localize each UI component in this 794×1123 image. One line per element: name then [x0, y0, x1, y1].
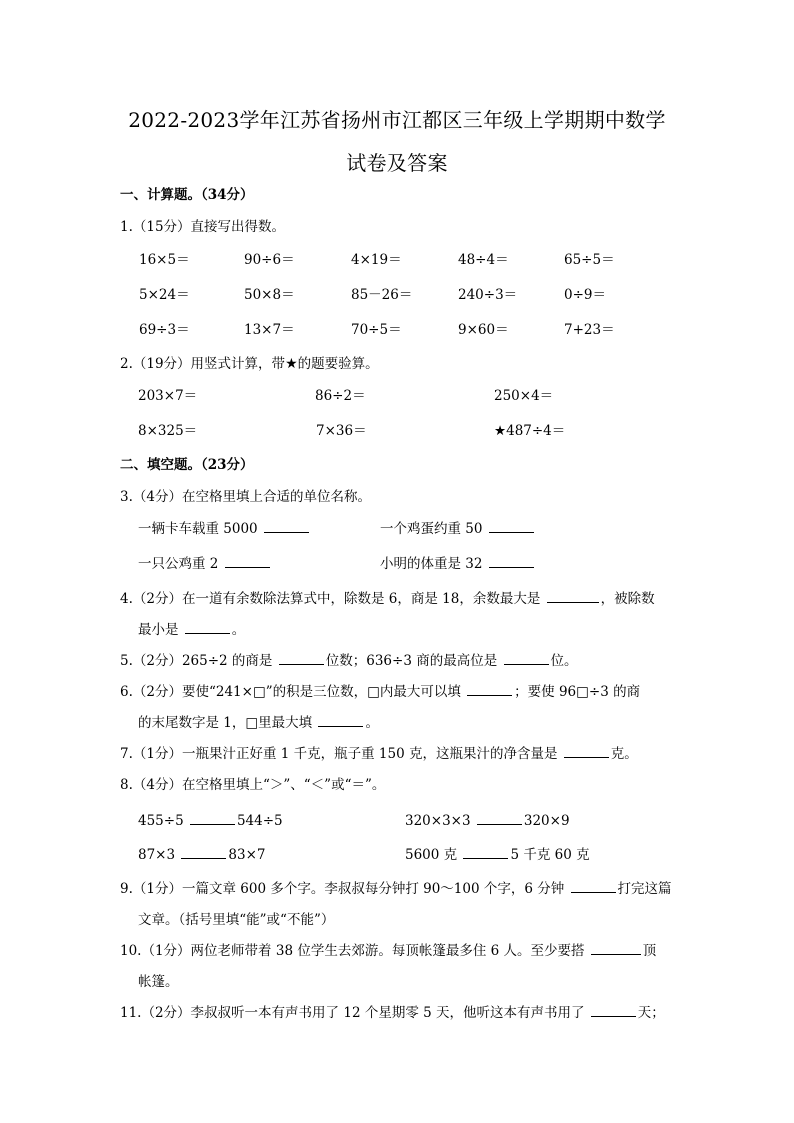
q3-item: 一个鸡蛋约重 50 [380, 519, 536, 539]
q1-item: 69÷3＝ [139, 320, 190, 340]
q2-item: ★487÷4＝ [494, 421, 565, 441]
answer-blank[interactable] [318, 713, 363, 727]
q1-item: 0÷9＝ [564, 285, 606, 305]
answer-blank[interactable] [571, 879, 616, 893]
question-10: 10.（1分）两位老师带着 38 位学生去郊游。每顶帐篷最多住 6 人。至少要搭… [120, 941, 676, 961]
q1-item: 9×60＝ [458, 320, 509, 340]
question-2-label: 2.（19分）用竖式计算，带★的题要验算。 [120, 354, 676, 374]
q1-item: 70÷5＝ [351, 320, 402, 340]
question-4-cont: 最小是 。 [138, 620, 694, 640]
q2-item: 203×7＝ [138, 386, 197, 406]
q2-item: 7×36＝ [316, 421, 367, 441]
answer-blank[interactable] [591, 1003, 636, 1017]
question-7: 7.（1分）一瓶果汁正好重 1 千克，瓶子重 150 克，这瓶果汁的净含量是 克… [120, 744, 676, 764]
question-6: 6.（2分）要使“241×□”的积是三位数，□内最大可以填 ；要使 96□÷3 … [120, 682, 676, 702]
answer-blank[interactable] [279, 651, 324, 665]
answer-blank[interactable] [489, 554, 534, 568]
q1-item: 13×7＝ [244, 320, 295, 340]
page-subtitle: 试卷及答案 [100, 147, 694, 176]
answer-blank[interactable] [467, 682, 512, 696]
q2-item: 8×325＝ [138, 421, 197, 441]
answer-blank[interactable] [225, 554, 270, 568]
q1-item: 240÷3＝ [458, 285, 517, 305]
answer-blank[interactable] [463, 845, 508, 859]
question-1-label: 1.（15分）直接写出得数。 [120, 217, 676, 237]
q2-item: 86÷2＝ [315, 386, 366, 406]
q1-item: 16×5＝ [139, 250, 190, 270]
q1-item: 7+23＝ [564, 320, 615, 340]
question-11: 11.（2分）李叔叔听一本有声书用了 12 个星期零 5 天，他听这本有声书用了… [120, 1003, 676, 1023]
answer-blank[interactable] [185, 620, 230, 634]
q8-item: 455÷5 544÷5 [138, 811, 283, 831]
answer-blank[interactable] [489, 519, 534, 533]
q1-item: 4×19＝ [351, 250, 402, 270]
q2-item: 250×4＝ [494, 386, 553, 406]
answer-blank[interactable] [181, 845, 226, 859]
exam-page: 2022-2023学年江苏省扬州市江都区三年级上学期期中数学 试卷及答案 一、计… [0, 0, 794, 1123]
q1-item: 48÷4＝ [458, 250, 509, 270]
q8-item: 87×3 83×7 [138, 845, 265, 865]
q1-item: 5×24＝ [139, 285, 190, 305]
question-10-cont: 帐篷。 [138, 972, 694, 992]
answer-blank[interactable] [564, 744, 609, 758]
q3-item: 一只公鸡重 2 [138, 554, 272, 574]
section-1-heading: 一、计算题。（34分） [120, 185, 676, 205]
q1-item: 85－26＝ [351, 285, 412, 305]
answer-blank[interactable] [477, 811, 522, 825]
question-5: 5.（2分）265÷2 的商是 位数；636÷3 商的最高位是 位。 [120, 651, 676, 671]
question-8-label: 8.（4分）在空格里填上“＞”、“＜”或“＝”。 [120, 775, 676, 795]
answer-blank[interactable] [190, 811, 235, 825]
question-4: 4.（2分）在一道有余数除法算式中，除数是 6，商是 18，余数最大是 ，被除数 [120, 589, 676, 609]
question-6-cont: 的末尾数字是 1，□里最大填 。 [138, 713, 694, 733]
answer-blank[interactable] [547, 589, 599, 603]
question-3-label: 3.（4分）在空格里填上合适的单位名称。 [120, 487, 676, 507]
answer-blank[interactable] [264, 519, 309, 533]
q8-item: 320×3×3 320×9 [405, 811, 570, 831]
star-icon: ★ [285, 356, 298, 372]
q3-item: 一辆卡车载重 5000 [138, 519, 311, 539]
q1-item: 90÷6＝ [244, 250, 295, 270]
answer-blank[interactable] [504, 651, 549, 665]
answer-blank[interactable] [591, 941, 641, 955]
section-2-heading: 二、填空题。（23分） [120, 455, 676, 475]
page-title: 2022-2023学年江苏省扬州市江都区三年级上学期期中数学 [100, 104, 694, 133]
question-9: 9.（1分）一篇文章 600 多个字。李叔叔每分钟打 90～100 个字，6 分… [120, 879, 676, 899]
question-9-cont: 文章。（括号里填“能”或“不能”） [138, 910, 694, 930]
q3-item: 小明的体重是 32 [380, 554, 536, 574]
q1-item: 65÷5＝ [564, 250, 615, 270]
q8-item: 5600 克 5 千克 60 克 [405, 845, 590, 865]
q1-item: 50×8＝ [244, 285, 295, 305]
